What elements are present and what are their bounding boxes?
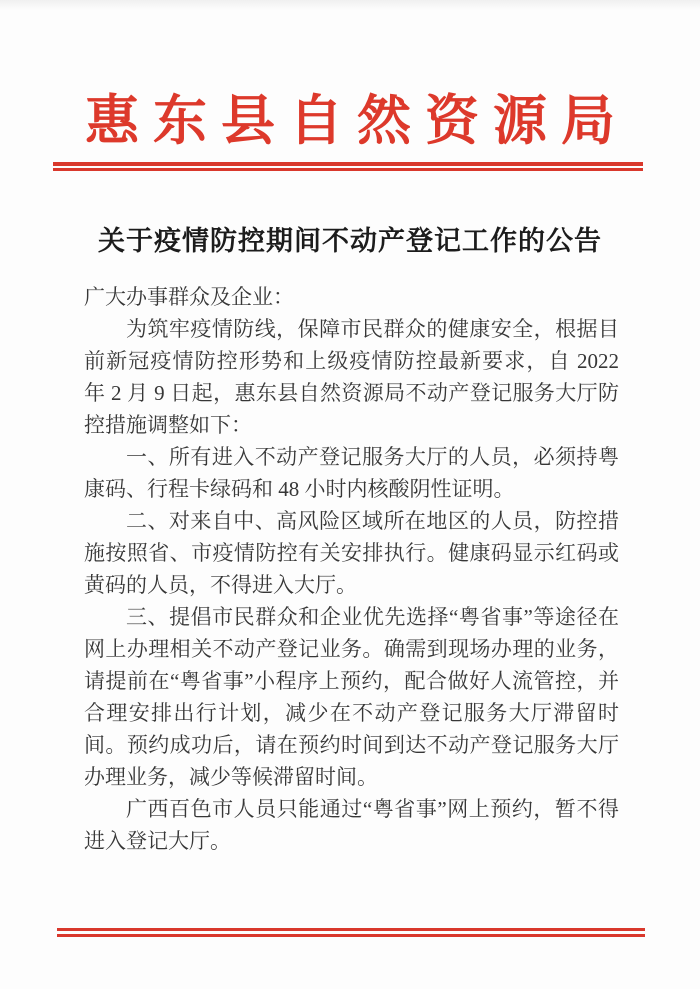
body-paragraph: 一、所有进入不动产登记服务大厅的人员，必须持粤康码、行程卡绿码和 48 小时内核… xyxy=(84,441,619,505)
body-paragraph: 为筑牢疫情防线，保障市民群众的健康安全，根据目前新冠疫情防控形势和上级疫情防控最… xyxy=(84,313,619,441)
salutation-line: 广大办事群众及企业： xyxy=(84,281,619,313)
header-double-rule xyxy=(53,162,643,171)
notice-body: 广大办事群众及企业： 为筑牢疫情防线，保障市民群众的健康安全，根据目前新冠疫情防… xyxy=(84,281,619,857)
footer-double-rule xyxy=(57,928,645,937)
body-paragraph: 广西百色市人员只能通过“粤省事”网上预约，暂不得进入登记大厅。 xyxy=(84,793,619,857)
notice-page: 惠东县自然资源局 关于疫情防控期间不动产登记工作的公告 广大办事群众及企业： 为… xyxy=(0,0,700,989)
body-paragraph: 二、对来自中、高风险区域所在地区的人员，防控措施按照省、市疫情防控有关安排执行。… xyxy=(84,505,619,601)
agency-name-header: 惠东县自然资源局 xyxy=(0,84,700,158)
body-paragraph: 三、提倡市民群众和企业优先选择“粤省事”等途径在网上办理相关不动产登记业务。确需… xyxy=(84,601,619,793)
notice-title: 关于疫情防控期间不动产登记工作的公告 xyxy=(0,221,700,261)
